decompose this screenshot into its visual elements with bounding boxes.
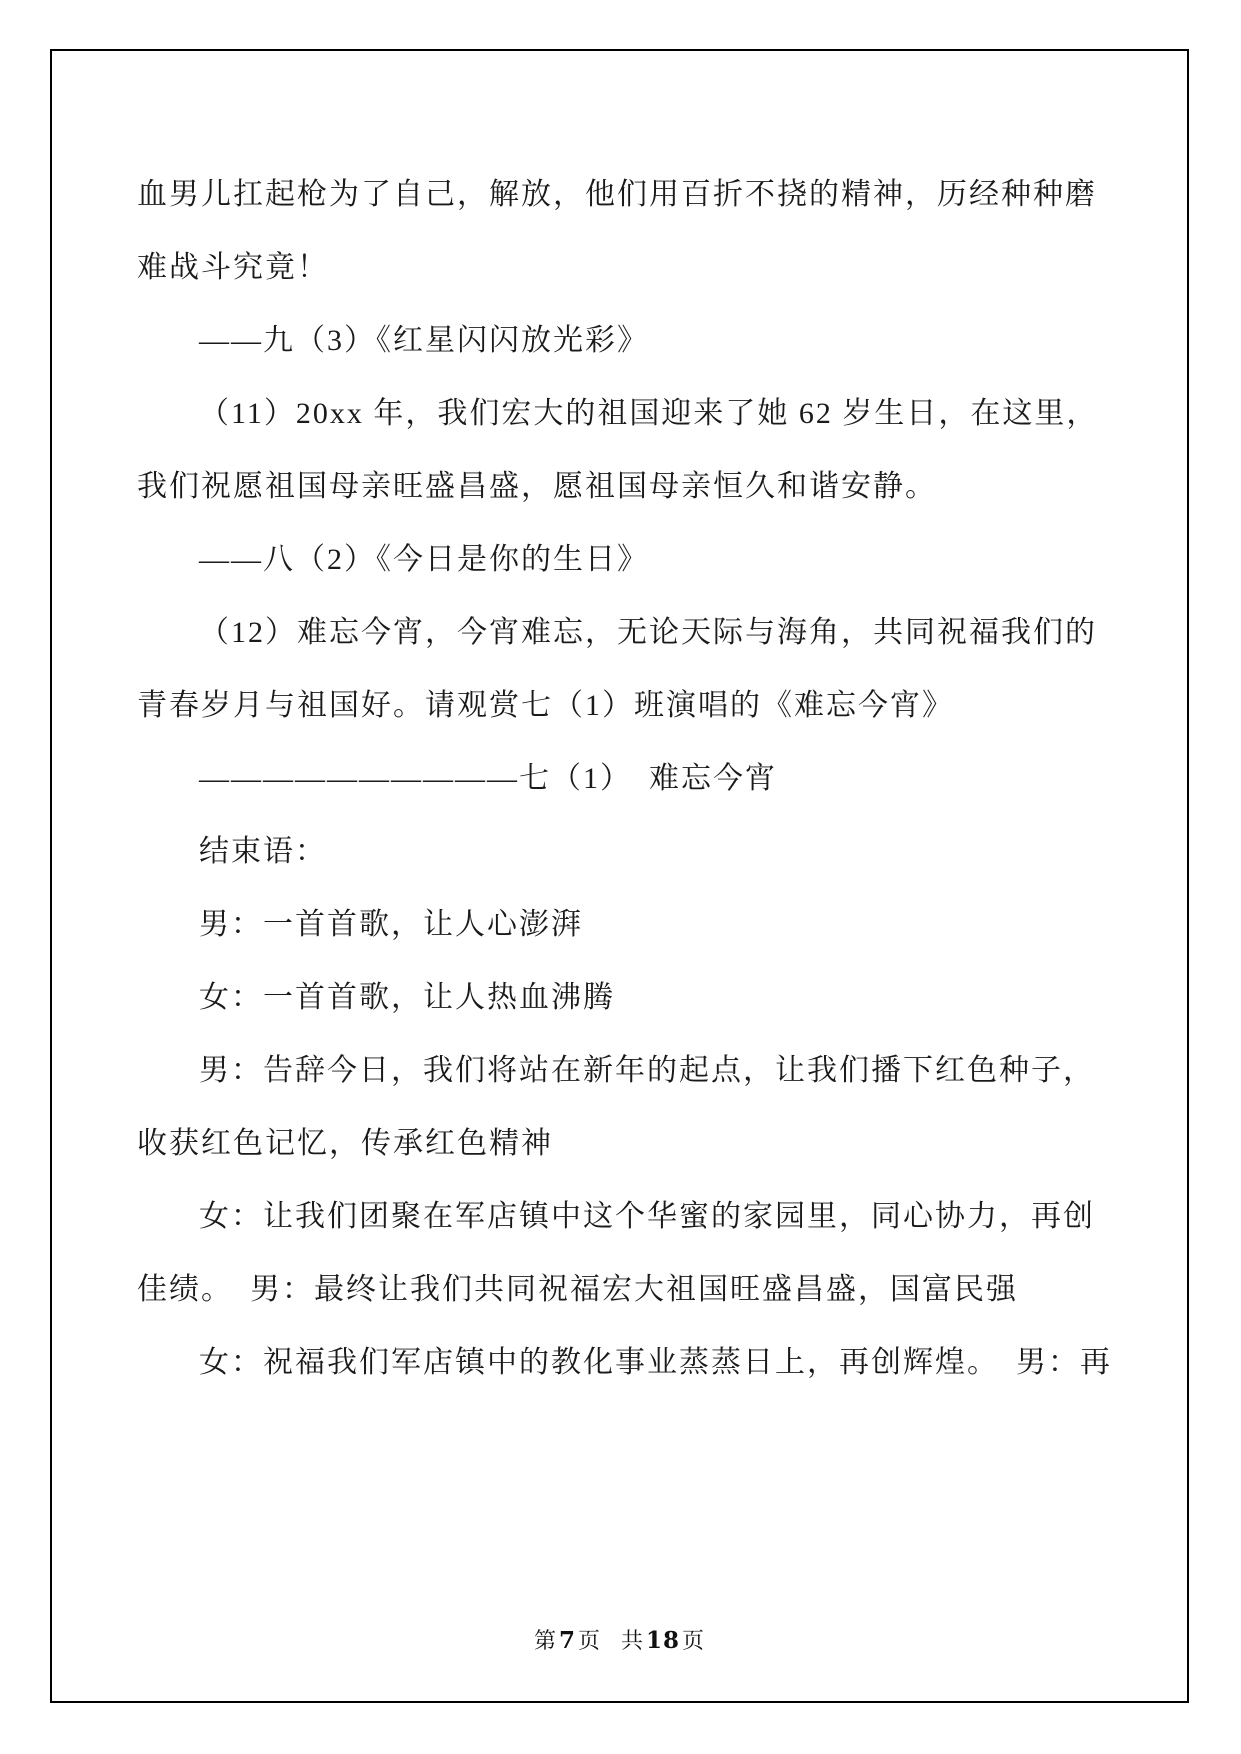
text-line: 血男儿扛起枪为了自己，解放，他们用百折不挠的精神，历经种种磨 <box>137 158 1105 231</box>
text-line-content: ——————————七（1） 难忘今宵 <box>199 762 777 795</box>
document-body: 血男儿扛起枪为了自己，解放，他们用百折不挠的精神，历经种种磨 难战斗究竟！ ——… <box>137 158 1105 1399</box>
text-line: 男：一首首歌，让人心澎湃 <box>137 888 1105 961</box>
text-line: ——————————七（1） 难忘今宵 <box>137 742 1105 815</box>
text-line-content: 难战斗究竟！ <box>137 251 329 284</box>
text-line-content: 青春岁月与祖国好。请观赏七（1）班演唱的《难忘今宵》 <box>137 689 954 722</box>
text-line-content: 女：祝福我们军店镇中的教化事业蒸蒸日上，再创辉煌。 男：再 <box>199 1346 1112 1379</box>
page-footer: 第7页共18页 <box>52 1624 1187 1655</box>
text-line: 我们祝愿祖国母亲旺盛昌盛，愿祖国母亲恒久和谐安静。 <box>137 450 1105 523</box>
text-line-content: 收获红色记忆，传承红色精神 <box>137 1127 553 1160</box>
text-line: （11）20xx 年，我们宏大的祖国迎来了她 62 岁生日，在这里， <box>137 377 1105 450</box>
text-line-content: ——八（2）《今日是你的生日》 <box>199 543 649 576</box>
text-line: 结束语： <box>137 815 1105 888</box>
document-page: 血男儿扛起枪为了自己，解放，他们用百折不挠的精神，历经种种磨 难战斗究竟！ ——… <box>0 0 1241 1754</box>
text-line: ——八（2）《今日是你的生日》 <box>137 523 1105 596</box>
text-line-content: ——九（3）《红星闪闪放光彩》 <box>199 324 649 357</box>
text-line-content: 佳绩。 男：最终让我们共同祝福宏大祖国旺盛昌盛，国富民强 <box>137 1273 1018 1306</box>
page-border: 血男儿扛起枪为了自己，解放，他们用百折不挠的精神，历经种种磨 难战斗究竟！ ——… <box>50 49 1189 1703</box>
text-line: 女：一首首歌，让人热血沸腾 <box>137 961 1105 1034</box>
text-line-content: （11）20xx 年，我们宏大的祖国迎来了她 62 岁生日，在这里， <box>199 397 1098 430</box>
text-line: （12）难忘今宵，今宵难忘，无论天际与海角，共同祝福我们的 <box>137 596 1105 669</box>
text-line-content: 女：一首首歌，让人热血沸腾 <box>199 981 615 1014</box>
text-line-content: 男：一首首歌，让人心澎湃 <box>199 908 583 941</box>
text-line: 男：告辞今日，我们将站在新年的起点，让我们播下红色种子， <box>137 1034 1105 1107</box>
text-line: ——九（3）《红星闪闪放光彩》 <box>137 304 1105 377</box>
page-number-current-value: 7 <box>557 1627 578 1654</box>
page-number-total: 共18页 <box>621 1624 705 1655</box>
text-line-content: （12）难忘今宵，今宵难忘，无论天际与海角，共同祝福我们的 <box>199 616 1097 649</box>
text-line-content: 血男儿扛起枪为了自己，解放，他们用百折不挠的精神，历经种种磨 <box>137 178 1097 211</box>
page-number-total-value: 18 <box>644 1627 682 1654</box>
page-number-current-prefix: 第 <box>534 1628 557 1653</box>
text-line-content: 我们祝愿祖国母亲旺盛昌盛，愿祖国母亲恒久和谐安静。 <box>137 470 937 503</box>
text-line: 女：祝福我们军店镇中的教化事业蒸蒸日上，再创辉煌。 男：再 <box>137 1326 1105 1399</box>
text-line: 青春岁月与祖国好。请观赏七（1）班演唱的《难忘今宵》 <box>137 669 1105 742</box>
text-line-content: 女：让我们团聚在军店镇中这个华蜜的家园里，同心协力，再创 <box>199 1200 1095 1233</box>
page-number-total-prefix: 共 <box>621 1628 644 1653</box>
text-line: 难战斗究竟！ <box>137 231 1105 304</box>
text-line: 女：让我们团聚在军店镇中这个华蜜的家园里，同心协力，再创 <box>137 1180 1105 1253</box>
page-number-total-suffix: 页 <box>682 1628 705 1653</box>
text-line: 佳绩。 男：最终让我们共同祝福宏大祖国旺盛昌盛，国富民强 <box>137 1253 1105 1326</box>
text-line: 收获红色记忆，传承红色精神 <box>137 1107 1105 1180</box>
page-number-current-suffix: 页 <box>578 1628 601 1653</box>
page-number-current: 第7页 <box>534 1624 601 1655</box>
text-line-content: 男：告辞今日，我们将站在新年的起点，让我们播下红色种子， <box>199 1054 1095 1087</box>
text-line-content: 结束语： <box>199 835 327 868</box>
